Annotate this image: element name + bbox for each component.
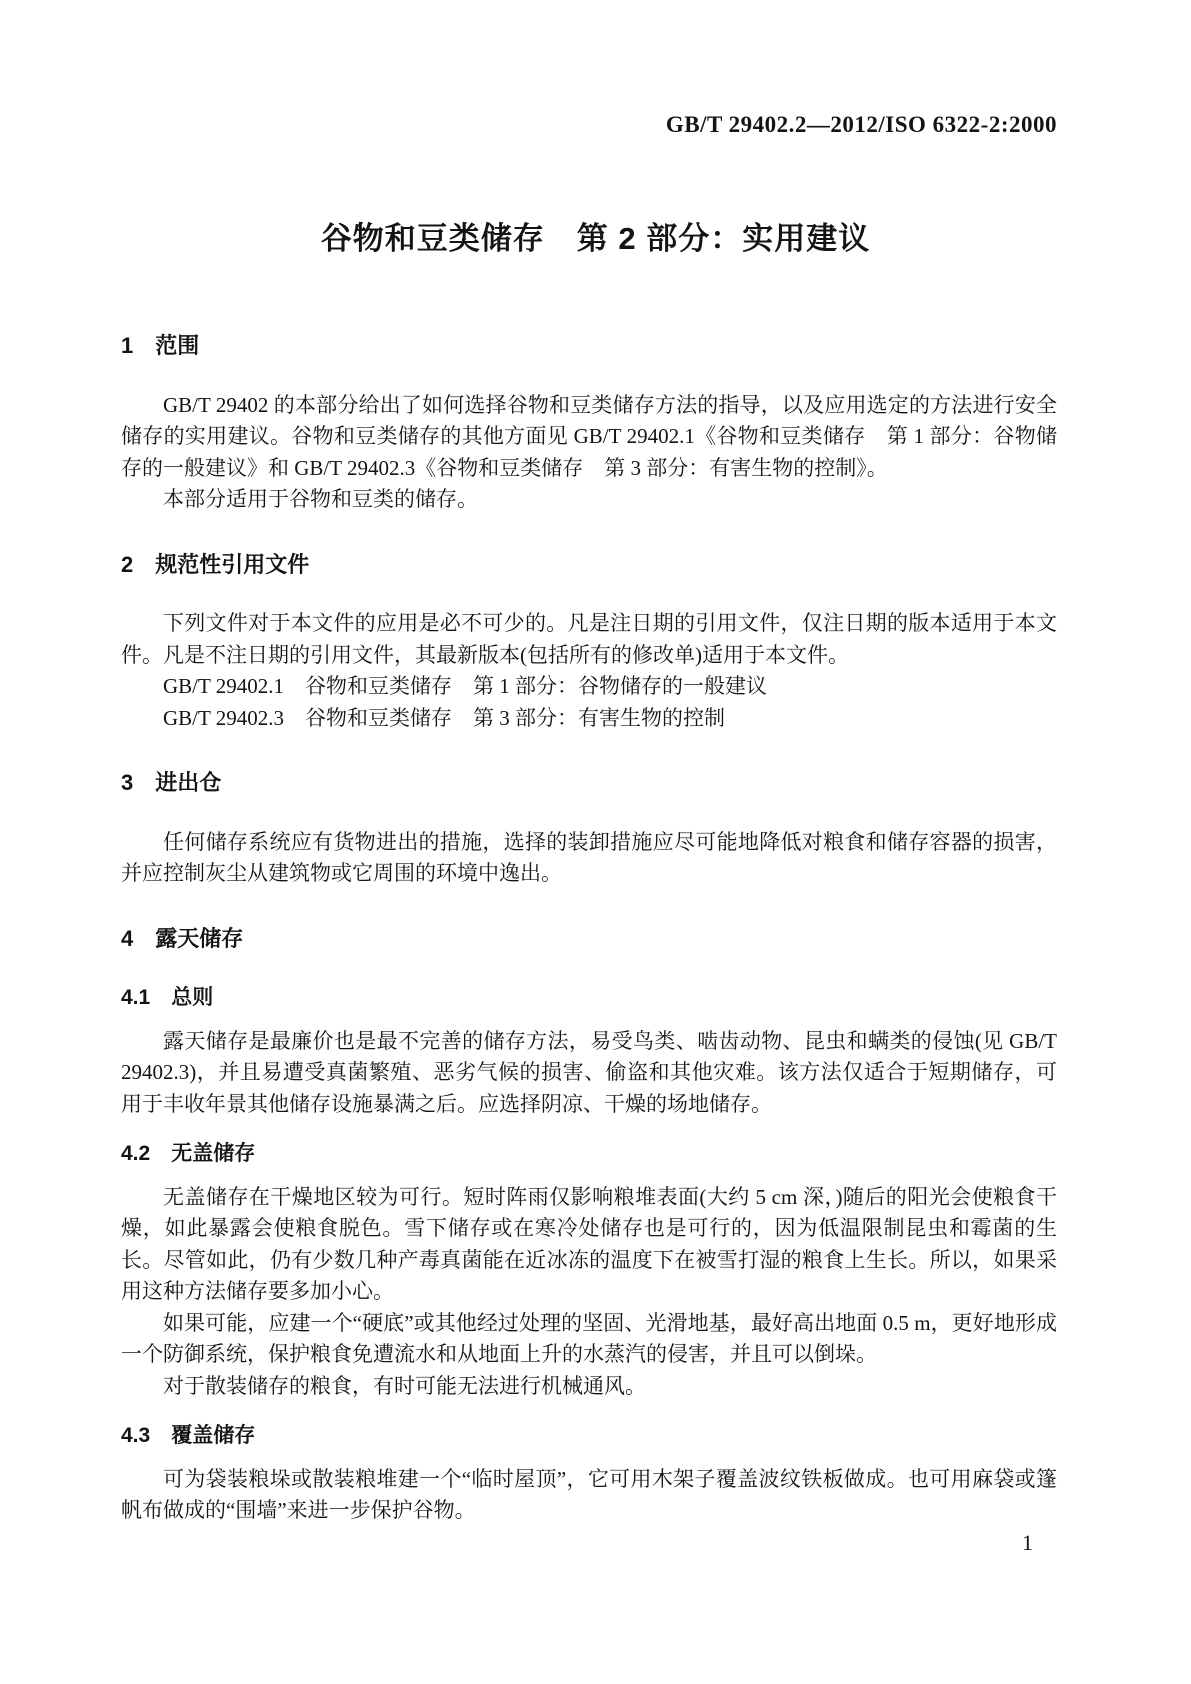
page-number: 1 [1022,1530,1033,1556]
paragraph-covered: 可为袋装粮垛或散装粮堆建一个“临时屋顶”，它可用木架子覆盖波纹铁板做成。也可用麻… [121,1464,1057,1527]
document-body: 1 范围 GB/T 29402 的本部分给出了如何选择谷物和豆类储存方法的指导，… [121,297,1057,1527]
reference-item-1: GB/T 29402.1 谷物和豆类储存 第 1 部分：谷物储存的一般建议 [121,671,1057,703]
paragraph-entry-exit: 任何储存系统应有货物进出的措施，选择的装卸措施应尽可能地降低对粮食和储存容器的损… [121,827,1057,890]
subsection-heading-uncovered: 4.2 无盖储存 [121,1138,1057,1170]
section-heading-open-air: 4 露天储存 [121,923,1057,955]
paragraph-scope-2: 本部分适用于谷物和豆类的储存。 [121,484,1057,516]
document-title: 谷物和豆类储存 第 2 部分：实用建议 [0,222,1191,256]
paragraph-general: 露天储存是最廉价也是最不完善的储存方法，易受鸟类、啮齿动物、昆虫和螨类的侵蚀(见… [121,1026,1057,1121]
subsection-heading-general: 4.1 总则 [121,982,1057,1014]
section-heading-normative-references: 2 规范性引用文件 [121,549,1057,581]
paragraph-uncovered-1: 无盖储存在干燥地区较为可行。短时阵雨仅影响粮堆表面(大约 5 cm 深，)随后的… [121,1182,1057,1308]
document-page: GB/T 29402.2—2012/ISO 6322-2:2000 谷物和豆类储… [0,0,1191,1684]
section-heading-scope: 1 范围 [121,330,1057,362]
standard-number-header: GB/T 29402.2—2012/ISO 6322-2:2000 [121,112,1057,138]
paragraph-uncovered-2: 如果可能，应建一个“硬底”或其他经过处理的坚固、光滑地基，最好高出地面 0.5 … [121,1308,1057,1371]
paragraph-normative-references: 下列文件对于本文件的应用是必不可少的。凡是注日期的引用文件，仅注日期的版本适用于… [121,608,1057,671]
reference-item-2: GB/T 29402.3 谷物和豆类储存 第 3 部分：有害生物的控制 [121,703,1057,735]
paragraph-scope-1: GB/T 29402 的本部分给出了如何选择谷物和豆类储存方法的指导，以及应用选… [121,390,1057,485]
subsection-heading-covered: 4.3 覆盖储存 [121,1420,1057,1452]
section-heading-entry-exit: 3 进出仓 [121,767,1057,799]
paragraph-uncovered-3: 对于散装储存的粮食，有时可能无法进行机械通风。 [121,1371,1057,1403]
